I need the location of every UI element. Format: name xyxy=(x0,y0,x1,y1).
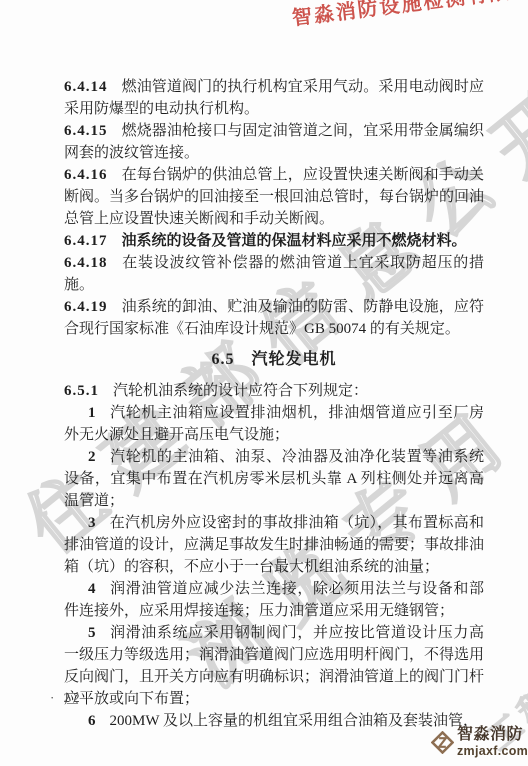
item-text: 润滑油管道应减少法兰连接，除必须用法兰与设备和部件连接外，应采用焊接连接；压力油… xyxy=(64,581,484,619)
list-item-1: 1汽轮机主油箱应设置排油烟机，排油烟管道应引至厂房外无火源处且避开高压电气设施； xyxy=(64,402,484,446)
clause-text: 油系统的卸油、贮油及输油的防雷、防静电设施，应符合现行国家标准《石油库设计规范》… xyxy=(64,299,484,337)
item-number: 6 xyxy=(88,713,96,729)
item-text: 润滑油系统应采用钢制阀门，并应按比管道设计压力高一级压力等级选用；润滑油管道阀门… xyxy=(64,625,484,707)
list-item-6: 6200MW 及以上容量的机组宜采用组合油箱及套装油管， xyxy=(64,710,484,732)
clause-number: 6.4.15 xyxy=(64,123,108,139)
item-number: 2 xyxy=(88,449,96,465)
clause-text: 在每台锅炉的供油总管上，应设置快速关断阀和手动关断阀。当多台锅炉的回油接至一根回… xyxy=(64,167,484,227)
red-top-watermark: 智淼消防设施检测有限公司 xyxy=(290,0,528,31)
zhimiao-diamond-logo-icon xyxy=(431,731,454,754)
clause-6-4-15: 6.4.15燃烧器油枪接口与固定油管道之间，宜采用带金属编织网套的波纹管连接。 xyxy=(64,120,484,164)
clause-6-4-19: 6.4.19油系统的卸油、贮油及输油的防雷、防静电设施，应符合现行国家标准《石油… xyxy=(64,296,484,340)
list-item-5: 5润滑油系统应采用钢制阀门，并应按比管道设计压力高一级压力等级选用；润滑油管道阀… xyxy=(64,622,484,710)
item-number: 4 xyxy=(88,581,96,597)
clause-text: 油系统的设备及管道的保温材料应采用不燃烧材料。 xyxy=(122,233,467,249)
clause-6-4-17: 6.4.17油系统的设备及管道的保温材料应采用不燃烧材料。 xyxy=(64,230,484,252)
clause-text: 燃烧器油枪接口与固定油管道之间，宜采用带金属编织网套的波纹管连接。 xyxy=(64,123,484,161)
clause-text: 在装设波纹管补偿器的燃油管道上宜采取防超压的措施。 xyxy=(64,255,484,293)
list-item-2: 2汽轮机的主油箱、油泵、冷油器及油净化装置等油系统设备，宜集中布置在汽机房零米层… xyxy=(64,446,484,512)
item-number: 3 xyxy=(88,515,96,531)
scanned-document-page: { "page": { "page_number": "· 22 ·" }, "… xyxy=(0,0,528,766)
section-heading-6-5: 6.5 汽轮发电机 xyxy=(64,349,484,371)
list-item-3: 3在汽机房外应设密封的事故排油箱（坑），其布置标高和排油管道的设计，应满足事故发… xyxy=(64,512,484,578)
item-text: 汽轮机主油箱应设置排油烟机，排油烟管道应引至厂房外无火源处且避开高压电气设施； xyxy=(64,405,484,443)
list-item-4: 4润滑油管道应减少法兰连接，除必须用法兰与设备和部件连接外，应采用焊接连接；压力… xyxy=(64,578,484,622)
brand-site-url: zmjaxf.com xyxy=(457,745,528,758)
item-text: 在汽机房外应设密封的事故排油箱（坑），其布置标高和排油管道的设计，应满足事故发生… xyxy=(64,515,484,575)
item-text: 汽轮机的主油箱、油泵、冷油器及油净化装置等油系统设备，宜集中布置在汽机房零米层机… xyxy=(64,449,484,509)
brand-name: 智淼消防 xyxy=(457,727,528,743)
clause-6-4-18: 6.4.18在装设波纹管补偿器的燃油管道上宜采取防超压的措施。 xyxy=(64,252,484,296)
clause-6-4-16: 6.4.16在每台锅炉的供油总管上，应设置快速关断阀和手动关断阀。当多台锅炉的回… xyxy=(64,164,484,230)
item-number: 5 xyxy=(88,625,96,641)
page-number: · 22 · xyxy=(50,690,96,706)
clause-text: 汽轮机油系统的设计应符合下列规定： xyxy=(113,383,368,399)
clause-number: 6.4.18 xyxy=(64,255,108,271)
clause-number: 6.4.14 xyxy=(64,79,108,95)
clause-number: 6.5.1 xyxy=(64,383,99,399)
document-body: 6.4.14燃油管道阀门的执行机构宜采用气动。采用电动阀时应采用防爆型的电动执行… xyxy=(64,76,484,732)
clause-6-5-1: 6.5.1汽轮机油系统的设计应符合下列规定： xyxy=(64,380,484,402)
clause-6-4-14: 6.4.14燃油管道阀门的执行机构宜采用气动。采用电动阀时应采用防爆型的电动执行… xyxy=(64,76,484,120)
brand-text-block: 智淼消防 zmjaxf.com xyxy=(457,727,528,758)
clause-number: 6.4.19 xyxy=(64,299,108,315)
zhimiao-brand-watermark: 智淼消防 zmjaxf.com xyxy=(431,727,528,758)
item-number: 1 xyxy=(88,405,96,421)
item-text: 200MW 及以上容量的机组宜采用组合油箱及套装油管， xyxy=(110,713,478,729)
clause-text: 燃油管道阀门的执行机构宜采用气动。采用电动阀时应采用防爆型的电动执行机构。 xyxy=(64,79,484,117)
clause-number: 6.4.17 xyxy=(64,233,108,249)
clause-number: 6.4.16 xyxy=(64,167,108,183)
